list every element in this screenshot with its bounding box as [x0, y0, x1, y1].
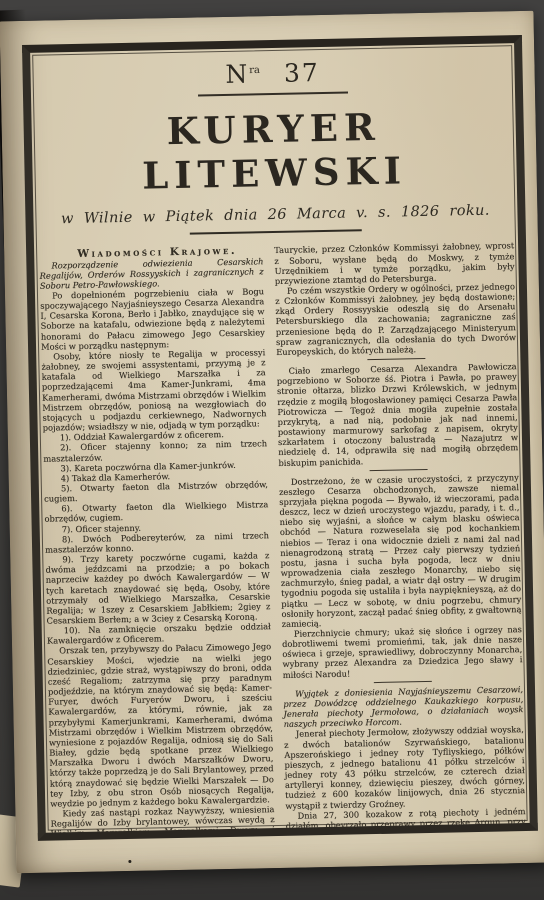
section-separator — [370, 469, 428, 471]
left-paragraph: Kiedy zaś nastąpi rozkaz Naywyższy, wnie… — [50, 804, 275, 833]
issue-number-value: 37 — [284, 58, 320, 88]
dateline: w Wilnie w Piątek dnia 26 Marca v. s. 18… — [33, 202, 517, 228]
right-paragraph: Pierzchniycie chmury; ukaż się słońce i … — [282, 624, 523, 680]
left-column: Wiadomości Krajowe. Rozporządzenie odwie… — [39, 246, 276, 833]
left-paragraph: Orszak ten, przybywszy do Pałacu Zimoweg… — [47, 642, 274, 809]
right-paragraph: Ciało zmarłego Cesarza Alexandra Pawłowi… — [276, 361, 518, 467]
masthead-rule-top — [198, 91, 348, 96]
masthead-rule-bottom — [190, 229, 362, 235]
newspaper-title: KURYER LITEWSKI — [31, 102, 517, 200]
page-content: Nra 37 KURYER LITEWSKI w Wilnie w Piątek… — [30, 43, 530, 833]
issue-superscript: ra — [249, 65, 260, 76]
section-separator — [367, 358, 425, 360]
right-column: Tauryckie, przez Członków Kommissyi żało… — [274, 241, 527, 833]
left-paragraph: Osoby, które niosły te Regalija w proces… — [41, 347, 267, 433]
right-paragraph: Dnia 27, 300 kozakow z rotą piechoty i j… — [285, 806, 526, 833]
section-separator — [374, 681, 432, 683]
left-list-item: 9). Trzy karety poczwórne cugami, każda … — [45, 550, 270, 626]
newspaper-page: Nra 37 KURYER LITEWSKI w Wilnie w Piątek… — [0, 11, 544, 874]
left-paragraph-decree-title: Rozporządzenie odwiezienia Cesarskich Re… — [39, 256, 264, 291]
right-paragraph-report-title: Wyjątek z doniesienia Nayjaśnieyszemu Ce… — [283, 684, 524, 729]
page-frame: Nra 37 KURYER LITEWSKI w Wilnie w Piątek… — [22, 35, 538, 841]
right-paragraph: Tauryckie, przez Członków Kommissyi żało… — [274, 241, 515, 286]
paper-speck — [128, 860, 131, 863]
right-paragraph: Jenerał piechoty Jermołow, złożywszy odd… — [284, 724, 526, 810]
article-columns: Wiadomości Krajowe. Rozporządzenie odwie… — [34, 238, 530, 832]
right-paragraph: Po czém wszystkie Ordery w ogólności, pr… — [275, 281, 516, 357]
issue-number: Nra 37 — [30, 54, 514, 93]
left-paragraph: Po dopełnioném pogrzebieniu ciała w Bogu… — [40, 286, 265, 351]
masthead: Nra 37 KURYER LITEWSKI w Wilnie w Piątek… — [30, 54, 517, 238]
right-paragraph: Dostrzeżono, że w czasie uroczystości, z… — [279, 472, 522, 629]
